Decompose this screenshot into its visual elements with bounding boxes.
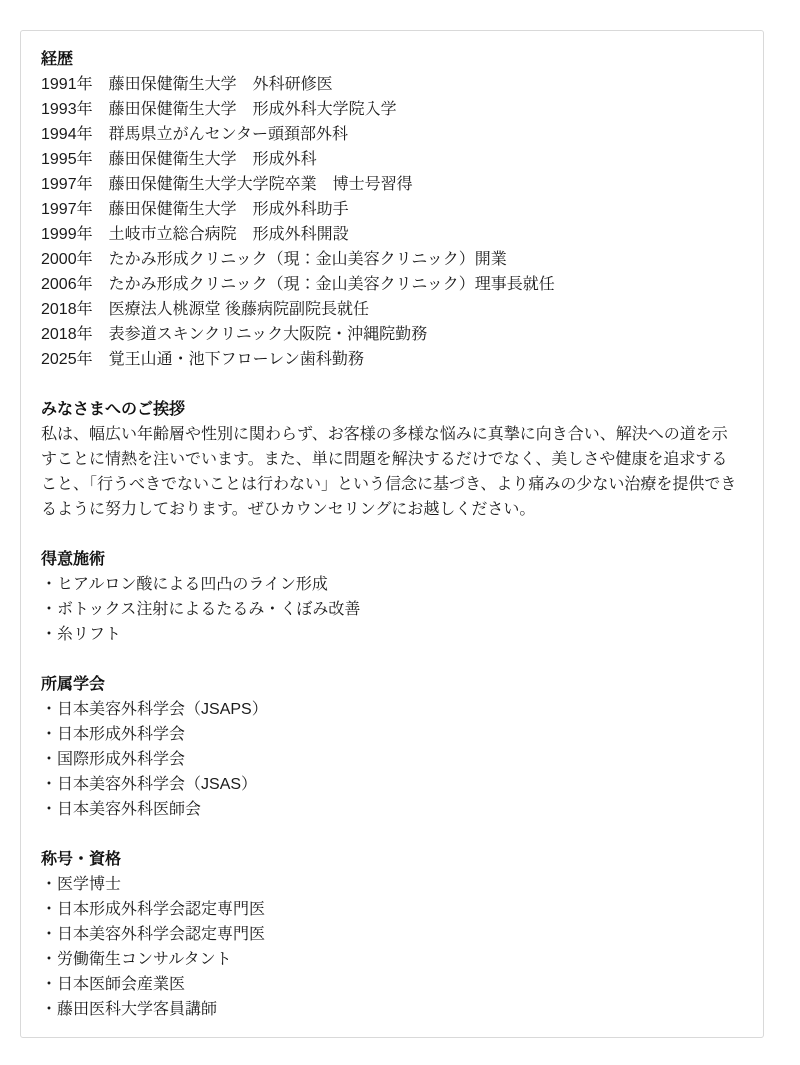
bullet-glyph: ・ [41, 901, 57, 918]
bullet-glyph: ・ [41, 951, 57, 968]
bullet-glyph: ・ [41, 701, 57, 718]
societies-item: ・日本美容外科学会（JSAPS） [41, 697, 743, 722]
societies-item: ・国際形成外科学会 [41, 747, 743, 772]
bullet-glyph: ・ [41, 601, 57, 618]
career-detail: 藤田保健衛生大学大学院卒業 博士号習得 [109, 176, 413, 193]
societies-item: ・日本形成外科学会 [41, 722, 743, 747]
career-entry: 2025年覚王山通・池下フローレン歯科勤務 [41, 347, 743, 372]
section-societies: 所属学会・日本美容外科学会（JSAPS）・日本形成外科学会・国際形成外科学会・日… [41, 672, 743, 822]
item-text: ボトックス注射によるたるみ・くぼみ改善 [57, 601, 360, 618]
career-detail: 表参道スキンクリニック大阪院・沖縄院勤務 [109, 326, 428, 343]
career-year: 1993年 [41, 101, 93, 118]
career-year: 2018年 [41, 301, 93, 318]
career-detail: 藤田保健衛生大学 形成外科大学院入学 [109, 101, 397, 118]
qualifications-item: ・医学博士 [41, 872, 743, 897]
qualifications-item: ・労働衛生コンサルタント [41, 947, 743, 972]
career-year: 1997年 [41, 201, 93, 218]
bullet-glyph: ・ [41, 926, 57, 943]
greeting-text: 私は、幅広い年齢層や性別に関わらず、お客様の多様な悩みに真摯に向き合い、解決への… [41, 422, 743, 522]
item-text: 医学博士 [57, 876, 121, 893]
career-detail: 藤田保健衛生大学 形成外科 [109, 151, 317, 168]
qualifications-item: ・日本医師会産業医 [41, 972, 743, 997]
item-text: 日本医師会産業医 [57, 976, 185, 993]
career-entry: 1999年土岐市立総合病院 形成外科開設 [41, 222, 743, 247]
career-detail: たかみ形成クリニック（現：金山美容クリニック）開業 [109, 251, 507, 268]
item-text: 日本美容外科医師会 [57, 801, 201, 818]
career-entry: 2018年表参道スキンクリニック大阪院・沖縄院勤務 [41, 322, 743, 347]
career-year: 2018年 [41, 326, 93, 343]
career-entry: 1993年藤田保健衛生大学 形成外科大学院入学 [41, 97, 743, 122]
career-entry: 1994年群馬県立がんセンター頭頚部外科 [41, 122, 743, 147]
specialties-item: ・ヒアルロン酸による凹凸のライン形成 [41, 572, 743, 597]
career-entry: 1997年藤田保健衛生大学 形成外科助手 [41, 197, 743, 222]
career-entry: 2006年たかみ形成クリニック（現：金山美容クリニック）理事長就任 [41, 272, 743, 297]
qualifications-item: ・日本形成外科学会認定専門医 [41, 897, 743, 922]
career-detail: 群馬県立がんセンター頭頚部外科 [109, 126, 348, 143]
career-entry: 2018年医療法人桃源堂 後藤病院副院長就任 [41, 297, 743, 322]
section-heading-career: 経歴 [41, 47, 743, 72]
qualifications-item: ・日本美容外科学会認定専門医 [41, 922, 743, 947]
bullet-glyph: ・ [41, 976, 57, 993]
item-text: 糸リフト [57, 626, 121, 643]
bullet-glyph: ・ [41, 1001, 57, 1018]
career-year: 1997年 [41, 176, 93, 193]
career-detail: 土岐市立総合病院 形成外科開設 [109, 226, 349, 243]
career-entry: 1991年藤田保健衛生大学 外科研修医 [41, 72, 743, 97]
bullet-glyph: ・ [41, 726, 57, 743]
career-detail: 藤田保健衛生大学 形成外科助手 [109, 201, 349, 218]
career-detail: 医療法人桃源堂 後藤病院副院長就任 [109, 301, 369, 318]
section-heading-qualifications: 称号・資格 [41, 847, 743, 872]
career-year: 2025年 [41, 351, 93, 368]
item-text: 日本形成外科学会 [57, 726, 185, 743]
career-entry: 1997年藤田保健衛生大学大学院卒業 博士号習得 [41, 172, 743, 197]
profile-card: 経歴1991年藤田保健衛生大学 外科研修医1993年藤田保健衛生大学 形成外科大… [20, 30, 764, 1038]
qualifications-item: ・藤田医科大学客員講師 [41, 997, 743, 1022]
career-year: 1995年 [41, 151, 93, 168]
bullet-glyph: ・ [41, 776, 57, 793]
bullet-glyph: ・ [41, 876, 57, 893]
section-heading-societies: 所属学会 [41, 672, 743, 697]
section-career: 経歴1991年藤田保健衛生大学 外科研修医1993年藤田保健衛生大学 形成外科大… [41, 47, 743, 372]
societies-item: ・日本美容外科学会（JSAS） [41, 772, 743, 797]
career-year: 2006年 [41, 276, 93, 293]
specialties-item: ・糸リフト [41, 622, 743, 647]
item-text: 日本美容外科学会（JSAS） [57, 776, 257, 793]
item-text: 国際形成外科学会 [57, 751, 185, 768]
career-detail: たかみ形成クリニック（現：金山美容クリニック）理事長就任 [109, 276, 555, 293]
profile-page: 経歴1991年藤田保健衛生大学 外科研修医1993年藤田保健衛生大学 形成外科大… [0, 0, 800, 1065]
bullet-glyph: ・ [41, 801, 57, 818]
item-text: 日本美容外科学会認定専門医 [57, 926, 265, 943]
section-heading-specialties: 得意施術 [41, 547, 743, 572]
career-year: 2000年 [41, 251, 93, 268]
specialties-item: ・ボトックス注射によるたるみ・くぼみ改善 [41, 597, 743, 622]
item-text: 労働衛生コンサルタント [57, 951, 232, 968]
career-detail: 藤田保健衛生大学 外科研修医 [109, 76, 333, 93]
item-text: 日本形成外科学会認定専門医 [57, 901, 265, 918]
section-heading-greeting: みなさまへのご挨拶 [41, 397, 743, 422]
item-text: 日本美容外科学会（JSAPS） [57, 701, 268, 718]
career-detail: 覚王山通・池下フローレン歯科勤務 [109, 351, 364, 368]
bullet-glyph: ・ [41, 751, 57, 768]
career-year: 1991年 [41, 76, 93, 93]
career-year: 1994年 [41, 126, 93, 143]
career-entry: 2000年たかみ形成クリニック（現：金山美容クリニック）開業 [41, 247, 743, 272]
bullet-glyph: ・ [41, 576, 57, 593]
section-specialties: 得意施術・ヒアルロン酸による凹凸のライン形成・ボトックス注射によるたるみ・くぼみ… [41, 547, 743, 647]
bullet-glyph: ・ [41, 626, 57, 643]
section-greeting: みなさまへのご挨拶私は、幅広い年齢層や性別に関わらず、お客様の多様な悩みに真摯に… [41, 397, 743, 522]
societies-item: ・日本美容外科医師会 [41, 797, 743, 822]
item-text: ヒアルロン酸による凹凸のライン形成 [57, 576, 328, 593]
career-entry: 1995年藤田保健衛生大学 形成外科 [41, 147, 743, 172]
item-text: 藤田医科大学客員講師 [57, 1001, 217, 1018]
section-qualifications: 称号・資格・医学博士・日本形成外科学会認定専門医・日本美容外科学会認定専門医・労… [41, 847, 743, 1022]
career-year: 1999年 [41, 226, 93, 243]
